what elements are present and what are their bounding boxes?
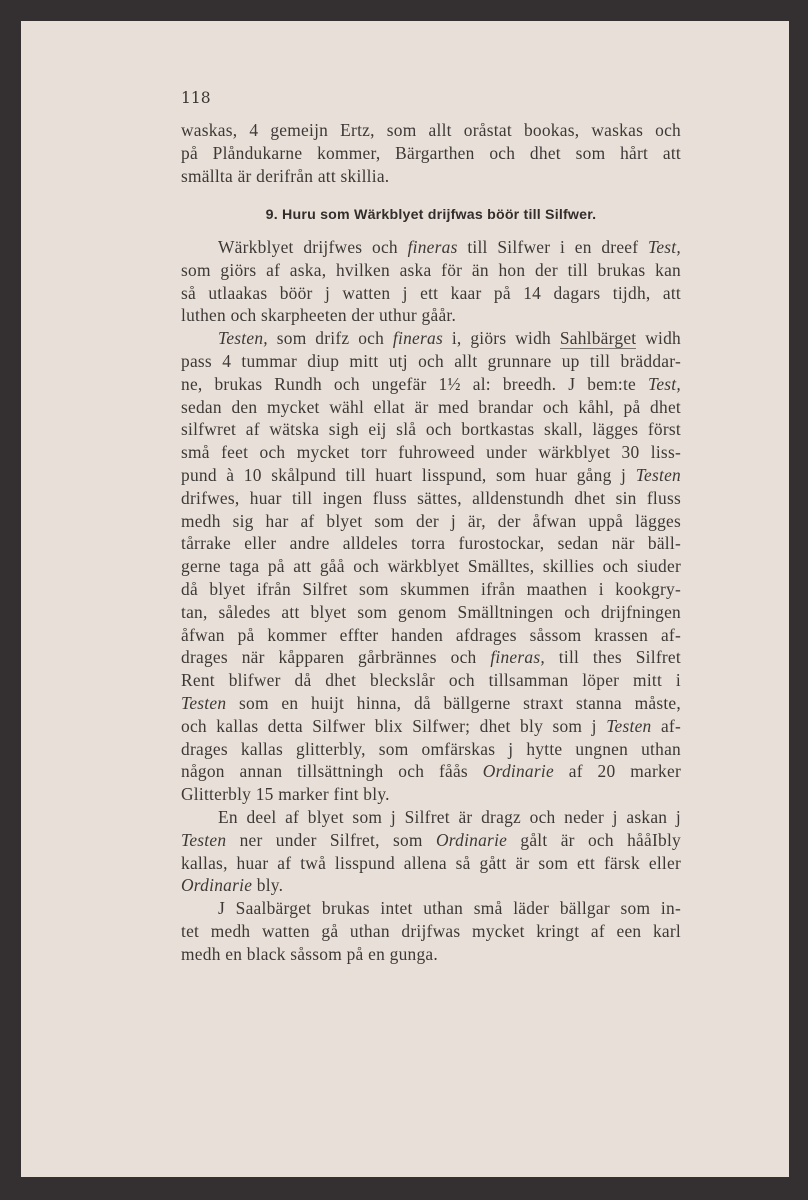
text-line: som giörs af aska, hvilken aska för än h… bbox=[181, 259, 681, 282]
paragraph: En deel af blyet som j Silfret är dragz … bbox=[181, 806, 681, 897]
text-line: Testen som en huijt hinna, då bällgerne … bbox=[181, 692, 681, 715]
text-line: då blyet ifrån Silfret som skummen ifrån… bbox=[181, 578, 681, 601]
text-line: tan, således att blyet som genom Smälltn… bbox=[181, 601, 681, 624]
text-line: någon annan tillsättningh och fåås Ordin… bbox=[181, 760, 681, 783]
text-line: pass 4 tummar diup mitt utj och allt gru… bbox=[181, 350, 681, 373]
text-line: En deel af blyet som j Silfret är dragz … bbox=[181, 806, 681, 829]
text-line: drifwes, huar till ingen fluss sättes, a… bbox=[181, 487, 681, 510]
text-line: drages kallas glitterbly, som omfärskas … bbox=[181, 738, 681, 761]
text-line: tet medh watten gå uthan drijfwas mycket… bbox=[181, 920, 681, 943]
text-line: smällta är derifrån att skillia. bbox=[181, 165, 681, 188]
text-line: Wärkblyet drijfwes och fineras till Silf… bbox=[181, 236, 681, 259]
text-line: medh sig har af blyet som der j är, der … bbox=[181, 510, 681, 533]
text-line: Rent blifwer då dhet bleckslår och tills… bbox=[181, 669, 681, 692]
text-line: silfwret af wätska sigh eij slå och bort… bbox=[181, 418, 681, 441]
text-line: luthen och skarpheeten der uthur gåår. bbox=[181, 304, 681, 327]
text-line: waskas, 4 gemeijn Ertz, som allt oråstat… bbox=[181, 119, 681, 142]
text-line: tårrake eller andre alldeles torra furos… bbox=[181, 532, 681, 555]
text-line: så utlaakas böör j watten j ett kaar på … bbox=[181, 282, 681, 305]
text-line: små feet och mycket torr fuhroweed under… bbox=[181, 441, 681, 464]
text-line: kallas, huar af twå lisspund allena så g… bbox=[181, 852, 681, 875]
body-text: Wärkblyet drijfwes och fineras till Silf… bbox=[181, 236, 681, 966]
text-line: J Saalbärget brukas intet uthan små läde… bbox=[181, 897, 681, 920]
paragraph: Wärkblyet drijfwes och fineras till Silf… bbox=[181, 236, 681, 327]
text-line: Glitterbly 15 marker fint bly. bbox=[181, 783, 681, 806]
text-line: pund à 10 skålpund till huart lisspund, … bbox=[181, 464, 681, 487]
text-line: åfwan på kommer effter handen afdrages s… bbox=[181, 624, 681, 647]
intro-paragraph: waskas, 4 gemeijn Ertz, som allt oråstat… bbox=[181, 119, 681, 187]
section-heading: 9. Huru som Wärkblyet drijfwas böör till… bbox=[181, 207, 681, 223]
text-line: Testen, som drifz och fineras i, giörs w… bbox=[181, 327, 681, 350]
page-number: 118 bbox=[181, 89, 211, 107]
text-line: ne, brukas Rundh och ungefär 1½ al: bree… bbox=[181, 373, 681, 396]
paragraph: J Saalbärget brukas intet uthan små läde… bbox=[181, 897, 681, 965]
paragraph: Testen, som drifz och fineras i, giörs w… bbox=[181, 327, 681, 806]
text-line: Ordinarie bly. bbox=[181, 874, 681, 897]
text-line: och kallas detta Silfwer blix Silfwer; d… bbox=[181, 715, 681, 738]
text-line: drages när kåpparen gårbrännes och finer… bbox=[181, 646, 681, 669]
text-line: medh en black såssom på en gunga. bbox=[181, 943, 681, 966]
text-line: Testen ner under Silfret, som Ordinarie … bbox=[181, 829, 681, 852]
text-line: sedan den mycket wähl ellat är med brand… bbox=[181, 396, 681, 419]
text-line: gerne taga på att gåå och wärkblyet Smäl… bbox=[181, 555, 681, 578]
text-line: på Plåndukarne kommer, Bärgarthen och dh… bbox=[181, 142, 681, 165]
